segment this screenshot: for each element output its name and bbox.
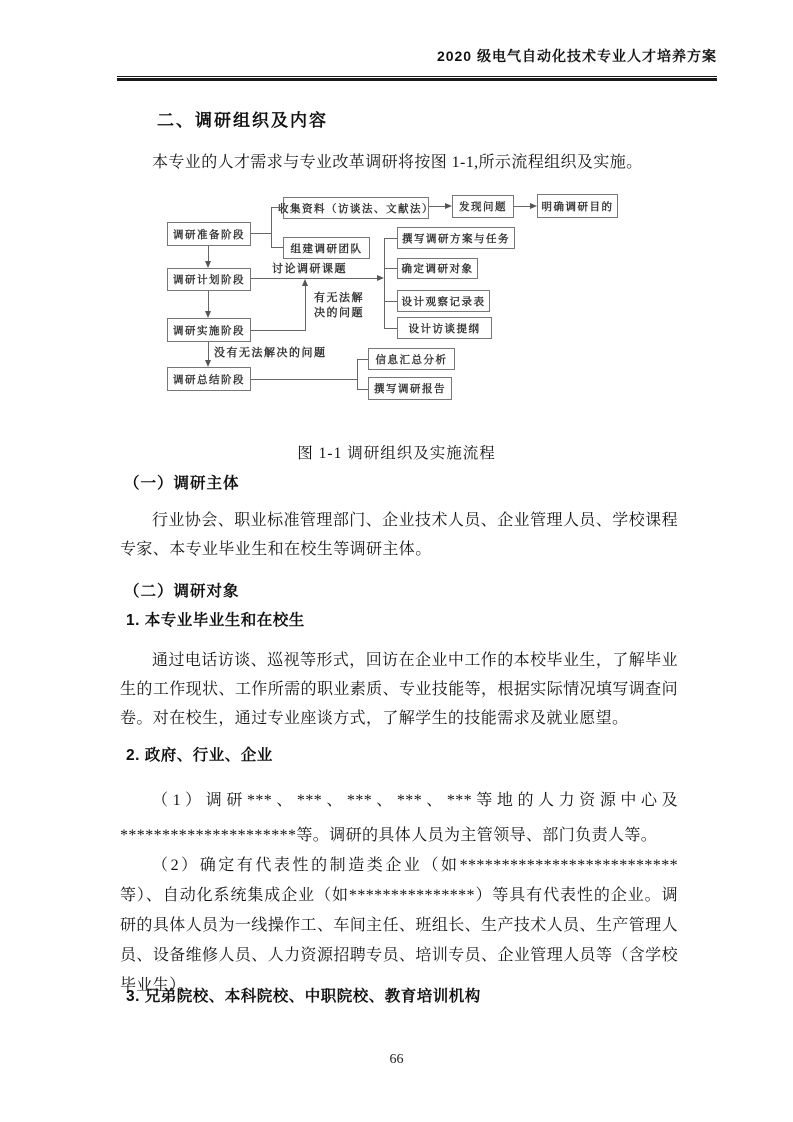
item-3-title: 3. 兄弟院校、本科院校、中职院校、教育培训机构 bbox=[126, 984, 481, 1006]
figure-caption: 图 1-1 调研组织及实施流程 bbox=[0, 441, 793, 463]
flowchart-figure: 收集资料（访谈法、文献法） 发现问题 明确调研目的 调研准备阶段 组建调研团队 … bbox=[0, 190, 793, 410]
section-heading: 二、调研组织及内容 bbox=[157, 106, 328, 131]
flow-box-build-team: 组建调研团队 bbox=[283, 237, 370, 259]
arrow-right-icon bbox=[445, 203, 452, 209]
connector-line bbox=[251, 233, 271, 234]
flow-box-design-record: 设计观察记录表 bbox=[397, 290, 490, 312]
connector-line bbox=[429, 206, 446, 207]
item-1-paragraph: 通过电话访谈、巡视等形式，回访在企业中工作的本校毕业生，了解毕业生的工作现状、工… bbox=[120, 646, 678, 733]
connector-line bbox=[251, 278, 378, 279]
connector-line bbox=[384, 238, 385, 328]
item-2-paragraph-1-line-1: （1）调研***、***、***、***、***等地的人力资源中心及 bbox=[120, 787, 678, 810]
arrow-up-icon bbox=[302, 279, 308, 286]
connector-line bbox=[251, 330, 305, 331]
flow-box-design-outline: 设计访谈提纲 bbox=[397, 317, 492, 339]
connector-line bbox=[384, 328, 397, 329]
arrow-down-icon bbox=[205, 360, 211, 367]
header-rule bbox=[117, 76, 717, 81]
flow-label-discuss-topic: 讨论调研课题 bbox=[272, 262, 347, 277]
flow-box-clarify-purpose: 明确调研目的 bbox=[537, 194, 618, 218]
connector-line bbox=[272, 207, 283, 208]
subject-paragraph: 行业协会、职业标准管理部门、企业技术人员、企业管理人员、学校课程专家、本专业毕业… bbox=[120, 506, 678, 564]
document-page: 2020 级电气自动化技术专业人才培养方案 二、调研组织及内容 本专业的人才需求… bbox=[0, 0, 793, 1122]
arrow-down-icon bbox=[205, 311, 211, 318]
connector-line bbox=[384, 238, 397, 239]
flow-label-solved: 没有无法解决的问题 bbox=[214, 346, 327, 361]
item-2-title: 2. 政府、行业、企业 bbox=[126, 743, 273, 765]
connector-line bbox=[305, 285, 306, 331]
flow-box-write-plan: 撰写调研方案与任务 bbox=[397, 227, 515, 249]
flow-box-find-problem: 发现问题 bbox=[452, 195, 514, 218]
flow-box-summarize: 信息汇总分析 bbox=[368, 348, 455, 370]
connector-line bbox=[208, 291, 209, 312]
header-rule-thick-line bbox=[117, 78, 717, 81]
flow-box-stage-plan: 调研计划阶段 bbox=[167, 268, 251, 291]
connector-line bbox=[272, 247, 283, 248]
subsection-1-heading: （一）调研主体 bbox=[124, 471, 240, 493]
connector-line bbox=[251, 379, 357, 380]
flow-box-stage-prepare: 调研准备阶段 bbox=[167, 222, 251, 246]
item-2-paragraph-2: （2）确定有代表性的制造类企业（如***********************… bbox=[120, 851, 678, 1001]
arrow-right-icon bbox=[530, 203, 537, 209]
connector-line bbox=[208, 342, 209, 361]
flow-box-stage-summary: 调研总结阶段 bbox=[167, 367, 251, 391]
connector-line bbox=[384, 301, 397, 302]
item-1-title: 1. 本专业毕业生和在校生 bbox=[126, 608, 305, 630]
arrow-right-icon bbox=[377, 275, 384, 281]
connector-line bbox=[514, 206, 531, 207]
connector-line bbox=[357, 359, 368, 360]
item-2-paragraph-1-line-2: *********************等。调研的具体人员为主管领导、部门负责… bbox=[120, 822, 678, 845]
connector-line bbox=[357, 389, 368, 390]
intro-paragraph: 本专业的人才需求与专业改革调研将按图 1-1,所示流程组织及实施。 bbox=[120, 151, 678, 175]
header-title: 2020 级电气自动化技术专业人才培养方案 bbox=[117, 46, 717, 66]
connector-line bbox=[357, 359, 358, 390]
flow-box-write-report: 撰写调研报告 bbox=[368, 377, 452, 400]
arrow-down-icon bbox=[205, 261, 211, 268]
flow-box-confirm-target: 确定调研对象 bbox=[397, 258, 478, 279]
subsection-2-heading: （二）调研对象 bbox=[124, 579, 240, 601]
flow-box-collect-data: 收集资料（访谈法、文献法） bbox=[283, 197, 429, 219]
connector-line bbox=[271, 207, 272, 248]
connector-line bbox=[384, 268, 397, 269]
page-number: 66 bbox=[0, 1052, 793, 1068]
flow-label-unsolved: 有无法解决的问题 bbox=[314, 291, 372, 321]
flow-box-stage-implement: 调研实施阶段 bbox=[167, 318, 251, 342]
connector-line bbox=[208, 246, 209, 262]
